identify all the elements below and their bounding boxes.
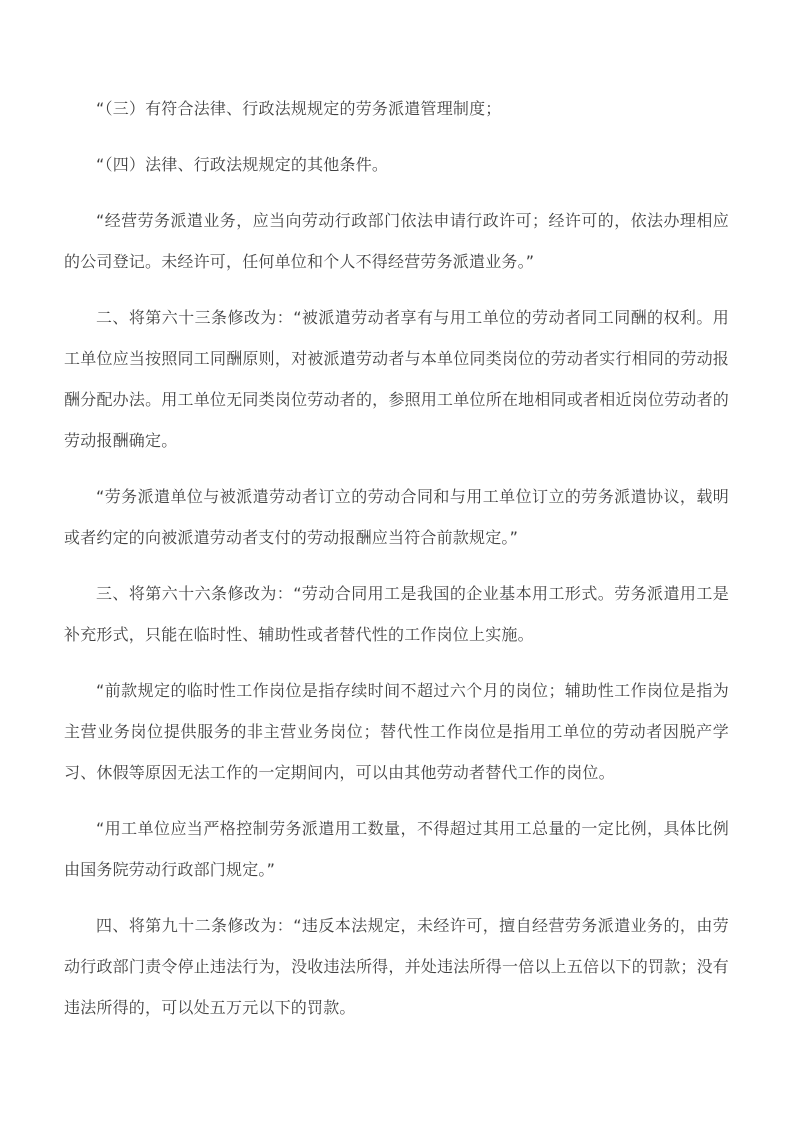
document-page: “（三）有符合法律、行政法规规定的劳务派遣管理制度；“（四）法律、行政法规规定的… <box>0 0 793 1122</box>
paragraph: “前款规定的临时性工作岗位是指存续时间不超过六个月的岗位；辅助性工作岗位是指为主… <box>64 670 729 793</box>
paragraph: “（三）有符合法律、行政法规规定的劳务派遣管理制度； <box>64 88 729 129</box>
paragraph: “经营劳务派遣业务，应当向劳动行政部门依法申请行政许可；经许可的，依法办理相应的… <box>64 200 729 282</box>
paragraph: 二、将第六十三条修改为：“被派遣劳动者享有与用工单位的劳动者同工同酬的权利。用工… <box>64 297 729 461</box>
paragraph: 四、将第九十二条修改为：“违反本法规定，未经许可，擅自经营劳务派遣业务的，由劳动… <box>64 905 729 1028</box>
document-body: “（三）有符合法律、行政法规规定的劳务派遣管理制度；“（四）法律、行政法规规定的… <box>0 0 793 1028</box>
paragraph: “劳务派遣单位与被派遣劳动者订立的劳动合同和与用工单位订立的劳务派遣协议，载明或… <box>64 476 729 558</box>
paragraph: “用工单位应当严格控制劳务派遣用工数量，不得超过其用工总量的一定比例，具体比例由… <box>64 808 729 890</box>
paragraph: “（四）法律、行政法规规定的其他条件。 <box>64 144 729 185</box>
paragraph: 三、将第六十六条修改为：“劳动合同用工是我国的企业基本用工形式。劳务派遣用工是补… <box>64 573 729 655</box>
